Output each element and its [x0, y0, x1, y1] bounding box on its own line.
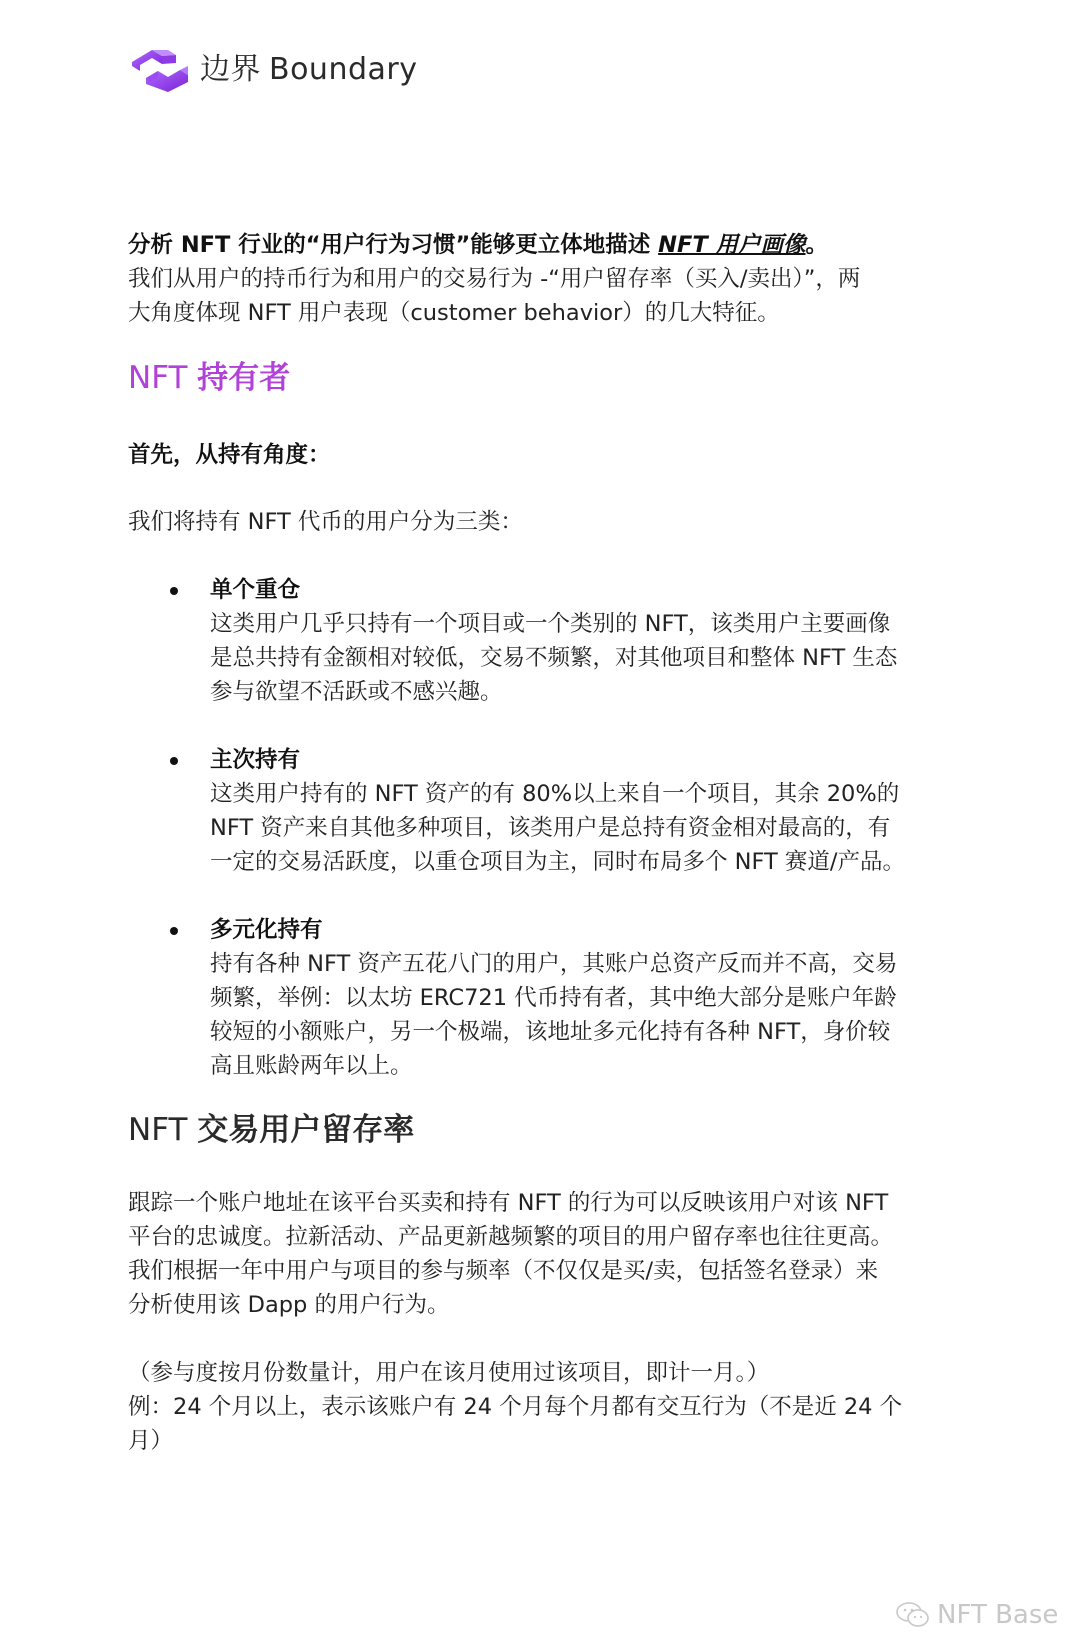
wechat-icon	[895, 1600, 931, 1630]
heading-en: NFT	[128, 360, 197, 396]
bullet-icon	[170, 757, 178, 765]
brand-name-cn: 边界	[200, 52, 261, 87]
brand-logo: 边界Boundary	[128, 38, 417, 94]
list-item-title: 主次持有	[210, 743, 905, 777]
bullet-icon	[170, 927, 178, 935]
section-heading-retention: NFT 交易用户留存率	[128, 1110, 414, 1150]
retention-note: （参与度按月份数量计，用户在该月使用过该项目，即计一月。） 例：24 个月以上，…	[128, 1356, 968, 1458]
intro-line-3: 大角度体现 NFT 用户表现（customer behavior）的几大特征。	[128, 296, 968, 330]
brand-name-en: Boundary	[269, 52, 417, 87]
heading-cn: 交易用户留存率	[197, 1112, 414, 1148]
intro-paragraph: 分析 NFT 行业的“用户行为习惯”能够更立体地描述 NFT 用户画像。 我们从…	[128, 228, 968, 330]
bullet-icon	[170, 587, 178, 595]
brand-name: 边界Boundary	[200, 44, 417, 88]
holding-subheading: 首先，从持有角度：	[128, 438, 968, 472]
watermark-text: NFT Base	[937, 1600, 1058, 1630]
holder-categories-intro: 我们将持有 NFT 代币的用户分为三类：	[128, 505, 968, 539]
intro-lead-end: 。	[806, 232, 829, 258]
boundary-logo-icon	[128, 40, 192, 92]
user-persona-link[interactable]: NFT 用户画像	[658, 232, 805, 258]
intro-lead: 分析 NFT 行业的“用户行为习惯”能够更立体地描述	[128, 232, 658, 258]
retention-paragraph: 跟踪一个账户地址在该平台买卖和持有 NFT 的行为可以反映该用户对该 NFT 平…	[128, 1186, 968, 1322]
watermark: NFT Base	[895, 1600, 1058, 1630]
list-item-title: 单个重仓	[210, 573, 897, 607]
heading-cn: 持有者	[197, 360, 290, 396]
list-item-title: 多元化持有	[210, 913, 897, 947]
document-page: 边界Boundary 分析 NFT 行业的“用户行为习惯”能够更立体地描述 NF…	[0, 0, 1080, 1637]
heading-en: NFT	[128, 1112, 197, 1148]
section-heading-holders: NFT 持有者	[128, 358, 290, 398]
intro-line-2: 我们从用户的持币行为和用户的交易行为 -“用户留存率（买入/卖出）”，两	[128, 262, 968, 296]
